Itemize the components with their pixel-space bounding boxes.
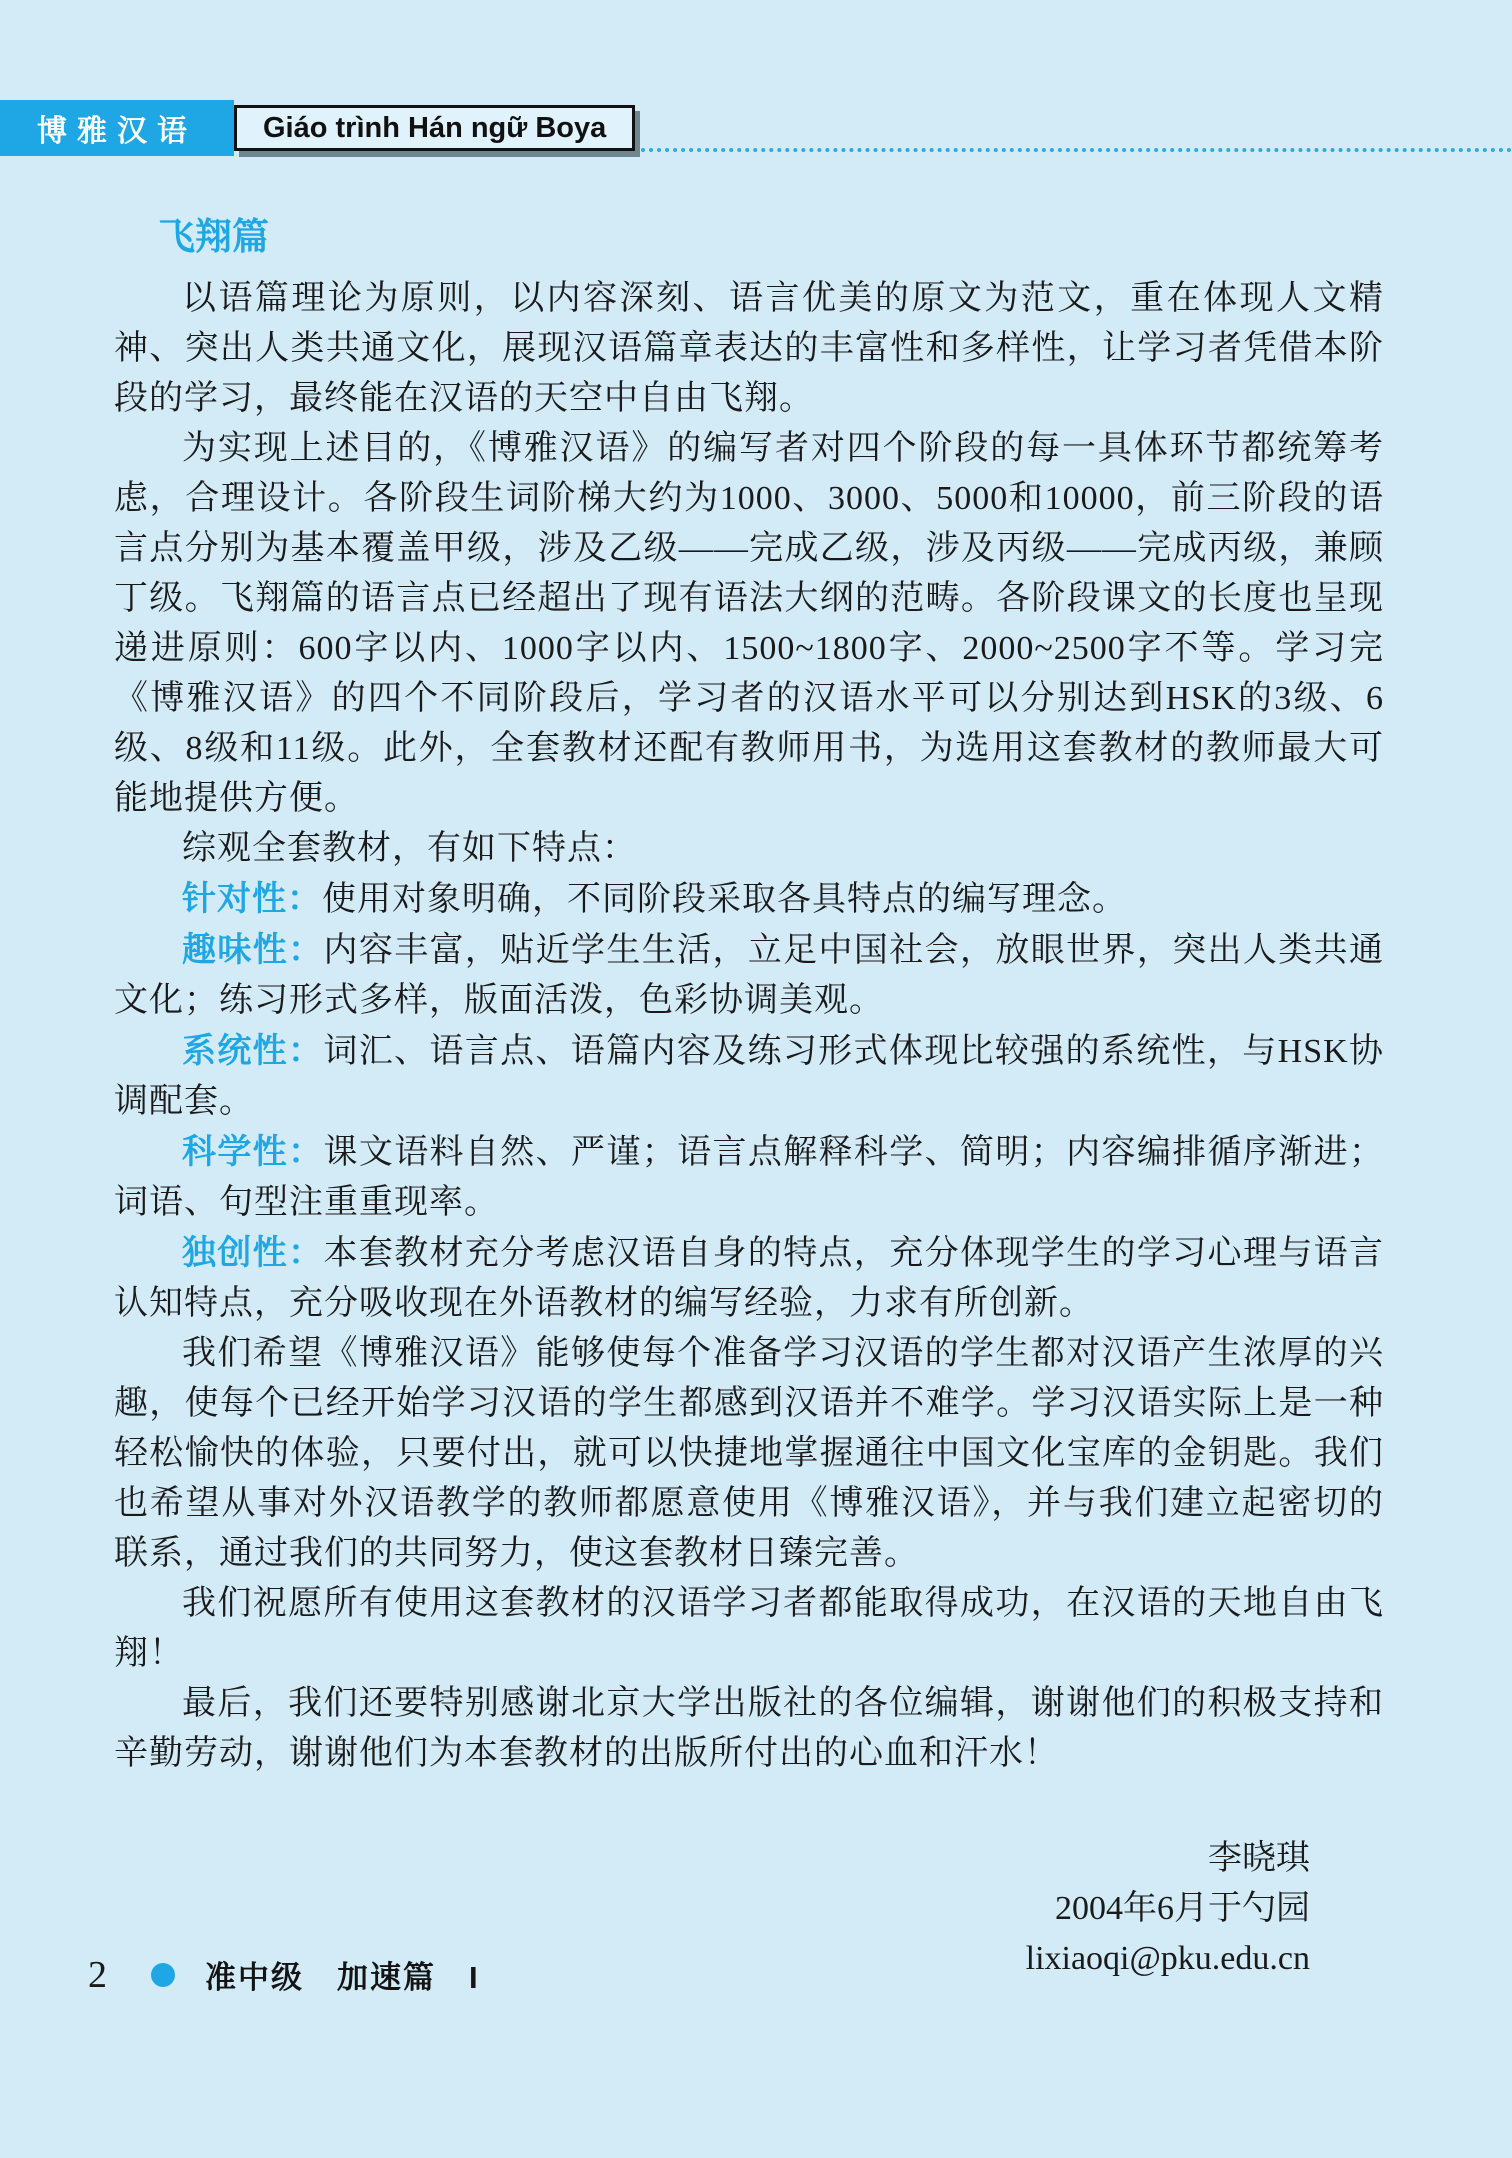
feature-label: 系统性： — [182, 1032, 323, 1070]
feature-item: 针对性：使用对象明确，不同阶段采取各具特点的编写理念。 — [114, 874, 1384, 925]
overview-paragraph: 综观全套教材，有如下特点： — [114, 824, 1384, 874]
page-footer: 2 准中级 加速篇 I — [88, 1952, 480, 1997]
feature-label: 科学性： — [182, 1133, 323, 1171]
feature-label: 独创性： — [182, 1234, 323, 1272]
signature-date: 2004年6月于勺园 — [114, 1884, 1310, 1934]
feature-text: 使用对象明确，不同阶段采取各具特点的编写理念。 — [322, 881, 1127, 918]
brand-title: 博雅汉语 — [37, 106, 197, 150]
author-name: 李晓琪 — [114, 1834, 1310, 1884]
bullet-dot-icon — [151, 1963, 175, 1987]
intro-paragraph: 以语篇理论为原则，以内容深刻、语言优美的原文为范文，重在体现人文精神、突出人类共… — [114, 274, 1384, 424]
feature-item: 系统性：词汇、语言点、语篇内容及练习形式体现比较强的系统性，与HSK协调配套。 — [114, 1026, 1384, 1127]
feature-item: 独创性：本套教材充分考虑汉语自身的特点，充分体现学生的学习心理与语言认知特点，充… — [114, 1228, 1384, 1329]
design-paragraph: 为实现上述目的，《博雅汉语》的编写者对四个阶段的每一具体环节都统筹考虑，合理设计… — [114, 424, 1384, 824]
book-page: { "colors": { "accent": "#1fa6e4", "page… — [0, 0, 1512, 2158]
series-title-box: Giáo trình Hán ngữ Boya — [234, 105, 635, 151]
wish-paragraph: 我们祝愿所有使用这套教材的汉语学习者都能取得成功，在汉语的天地自由飞翔！ — [114, 1579, 1384, 1679]
feature-label: 趣味性： — [182, 931, 323, 969]
page-header: 博雅汉语 Giáo trình Hán ngữ Boya — [0, 100, 1512, 156]
section-heading: 飞翔篇 — [158, 206, 1384, 260]
thanks-paragraph: 最后，我们还要特别感谢北京大学出版社的各位编辑，谢谢他们的积极支持和辛勤劳动，谢… — [114, 1679, 1384, 1779]
brand-banner: 博雅汉语 — [0, 100, 234, 156]
series-title: Giáo trình Hán ngữ Boya — [263, 112, 606, 145]
hope-paragraph: 我们希望《博雅汉语》能够使每个准备学习汉语的学生都对汉语产生浓厚的兴趣，使每个已… — [114, 1329, 1384, 1579]
feature-item: 科学性：课文语料自然、严谨；语言点解释科学、简明；内容编排循序渐进；词语、句型注… — [114, 1127, 1384, 1228]
feature-item: 趣味性：内容丰富，贴近学生生活，立足中国社会，放眼世界，突出人类共通文化；练习形… — [114, 925, 1384, 1026]
page-number: 2 — [88, 1953, 107, 1997]
feature-label: 针对性： — [182, 880, 322, 918]
dotted-divider — [641, 148, 1512, 152]
preface-body: 飞翔篇 以语篇理论为原则，以内容深刻、语言优美的原文为范文，重在体现人文精神、突… — [0, 206, 1512, 1984]
footer-label: 准中级 加速篇 I — [205, 1952, 480, 1997]
